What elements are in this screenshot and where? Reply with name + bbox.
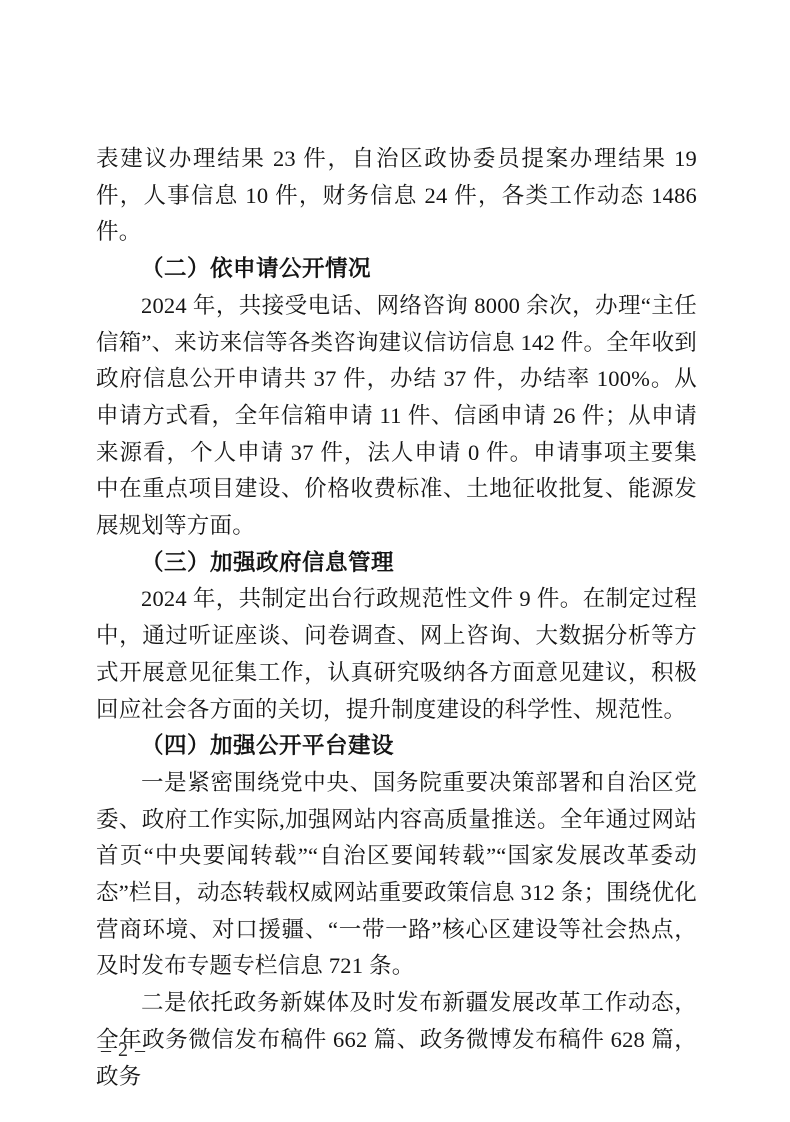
body-paragraph: 2024 年，共接受电话、网络咨询 8000 余次，办理“主任信箱”、来访来信等… [96,288,697,545]
document-page: 表建议办理结果 23 件，自治区政协委员提案办理结果 19 件，人事信息 10 … [0,0,790,1122]
section-heading-2: （二）依申请公开情况 [96,251,697,288]
document-body: 表建议办理结果 23 件，自治区政协委员提案办理结果 19 件，人事信息 10 … [96,141,697,1095]
body-paragraph: 一是紧密围绕党中央、国务院重要决策部署和自治区党委、政府工作实际,加强网站内容高… [96,765,697,985]
section-heading-3: （三）加强政府信息管理 [96,545,697,582]
body-paragraph: 2024 年，共制定出台行政规范性文件 9 件。在制定过程中，通过听证座谈、问卷… [96,581,697,728]
body-paragraph: 二是依托政务新媒体及时发布新疆发展改革工作动态，全年政务微信发布稿件 662 篇… [96,985,697,1095]
section-heading-4: （四）加强公开平台建设 [96,728,697,765]
page-number: – 2 – [101,1039,146,1062]
body-paragraph-continuation: 表建议办理结果 23 件，自治区政协委员提案办理结果 19 件，人事信息 10 … [96,141,697,251]
